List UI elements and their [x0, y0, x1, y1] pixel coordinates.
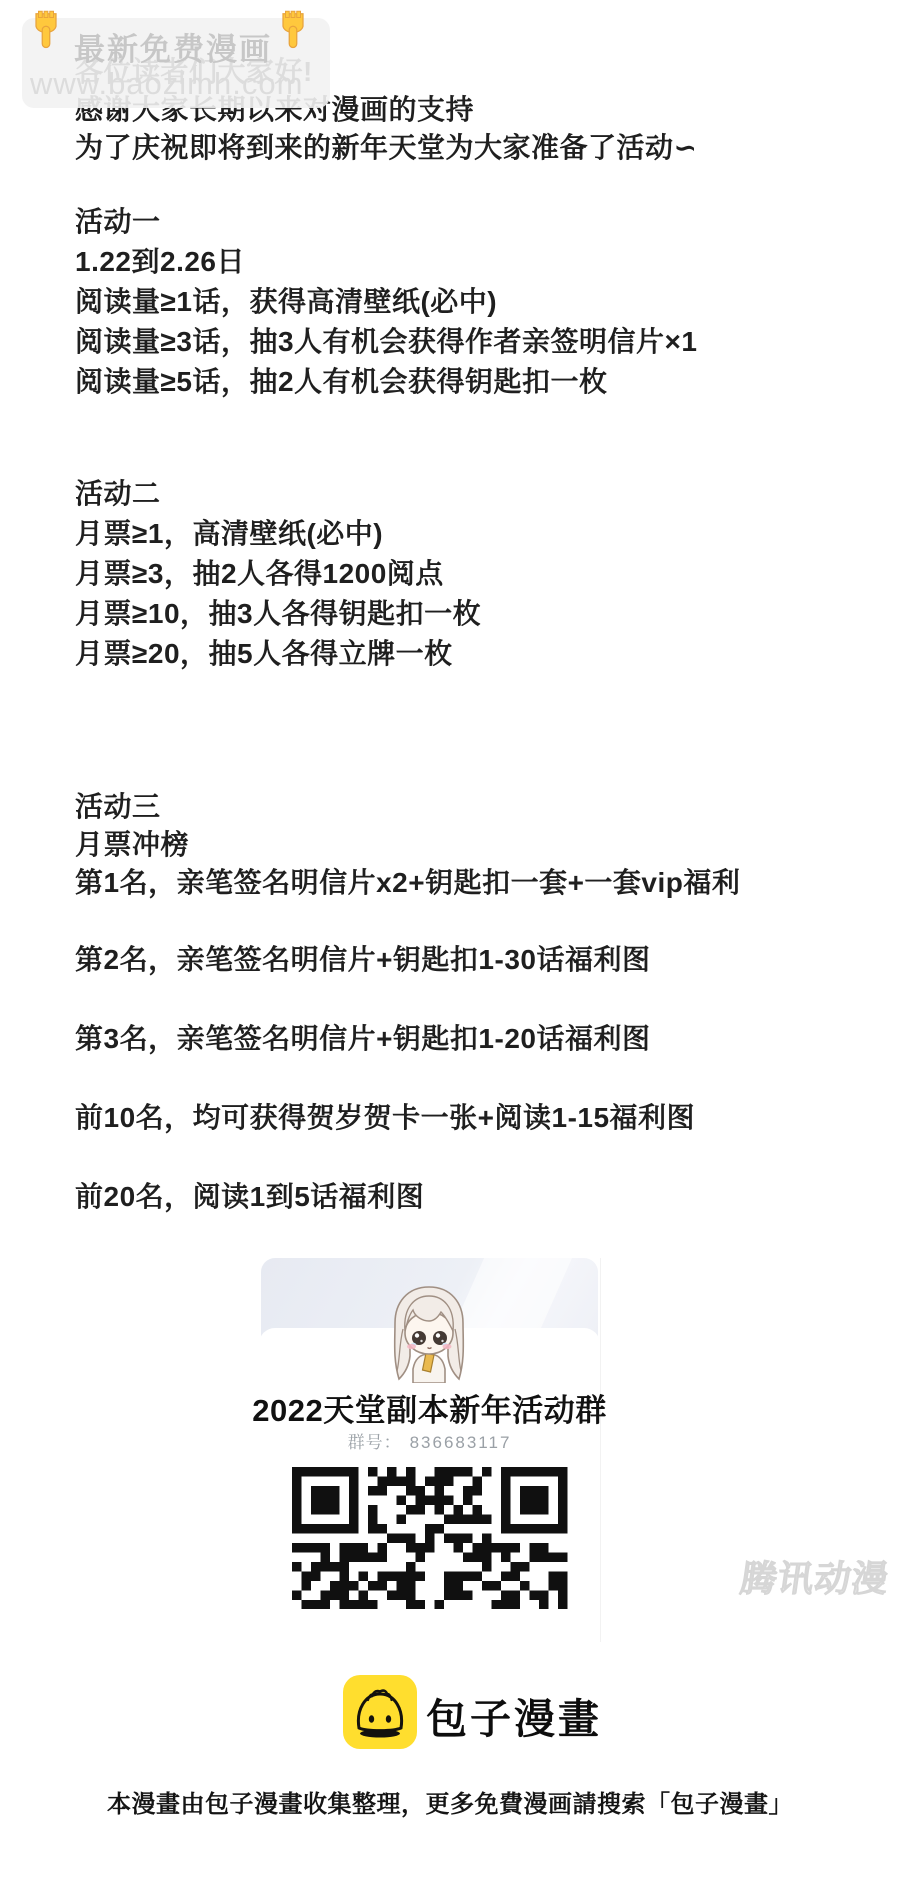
pointing-down-hand-icon [278, 10, 308, 50]
qr-code [292, 1467, 568, 1609]
activity3-head-text: 活动三月票冲榜第1名，亲笔签名明信片x2+钥匙扣一套+一套vip福利 [75, 788, 740, 902]
text-line: 月票≥20，抽5人各得立牌一枚 [75, 634, 481, 674]
text-line: 为了庆祝即将到来的新年天堂为大家准备了活动∽ [75, 129, 697, 167]
footer-credit-line: 本漫畫由包子漫畫收集整理，更多免費漫画請搜索「包子漫畫」 [0, 1784, 900, 1819]
chibi-girl-avatar [383, 1283, 475, 1383]
text-line: 月票≥10，抽3人各得钥匙扣一枚 [75, 594, 481, 634]
activity1-text: 活动一1.22到2.26日阅读量≥1话，获得高清壁纸(必中)阅读量≥3话，抽3人… [75, 202, 697, 402]
group-number-row: 群号：836683117 [259, 1428, 600, 1453]
watermark-url: www.baozimh.com [30, 66, 303, 102]
text-line: 阅读量≥3话，抽3人有机会获得作者亲签明信片×1 [75, 322, 697, 362]
tencent-comics-watermark: 腾讯动漫 [737, 1551, 892, 1602]
text-line: 第3名，亲笔签名明信片+钥匙扣1-20话福利图 [75, 1020, 695, 1058]
comic-announcement-page: 各位读者们大家好!感谢大家长期以来对漫画的支持为了庆祝即将到来的新年天堂为大家准… [0, 0, 900, 1889]
pointing-down-hand-icon [31, 10, 61, 50]
watermark-title: 最新免费漫画 [74, 24, 272, 69]
text-line: 1.22到2.26日 [75, 242, 697, 282]
group-number-value: 836683117 [410, 1433, 512, 1452]
text-line: 第2名，亲笔签名明信片+钥匙扣1-30话福利图 [75, 941, 695, 979]
text-line: 前20名，阅读1到5话福利图 [75, 1178, 695, 1216]
group-card-title: 2022天堂副本新年活动群 [252, 1385, 606, 1430]
text-line: 月票≥1，高清壁纸(必中) [75, 514, 481, 554]
text-line: 第1名，亲笔签名明信片x2+钥匙扣一套+一套vip福利 [75, 864, 740, 902]
activity2-text: 活动二月票≥1，高清壁纸(必中)月票≥3，抽2人各得1200阅点月票≥10，抽3… [75, 474, 481, 674]
text-line: 月票冲榜 [75, 826, 740, 864]
activity3-rank-text: 第2名，亲笔签名明信片+钥匙扣1-30话福利图第3名，亲笔签名明信片+钥匙扣1-… [75, 941, 695, 1257]
text-line: 月票≥3，抽2人各得1200阅点 [75, 554, 481, 594]
text-line: 活动三 [75, 788, 740, 826]
baozi-bun-icon [343, 1675, 417, 1749]
text-line: 活动一 [75, 202, 697, 242]
qq-group-card: 2022天堂副本新年活动群 群号：836683117 [259, 1258, 600, 1642]
text-line: 阅读量≥1话，获得高清壁纸(必中) [75, 282, 697, 322]
text-line: 阅读量≥5话，抽2人有机会获得钥匙扣一枚 [75, 362, 697, 402]
baozi-logo-text: 包子漫畫 [426, 1686, 602, 1745]
group-number-label: 群号： [348, 1433, 402, 1452]
text-line: 活动二 [75, 474, 481, 514]
text-line: 前10名，均可获得贺岁贺卡一张+阅读1-15福利图 [75, 1099, 695, 1137]
